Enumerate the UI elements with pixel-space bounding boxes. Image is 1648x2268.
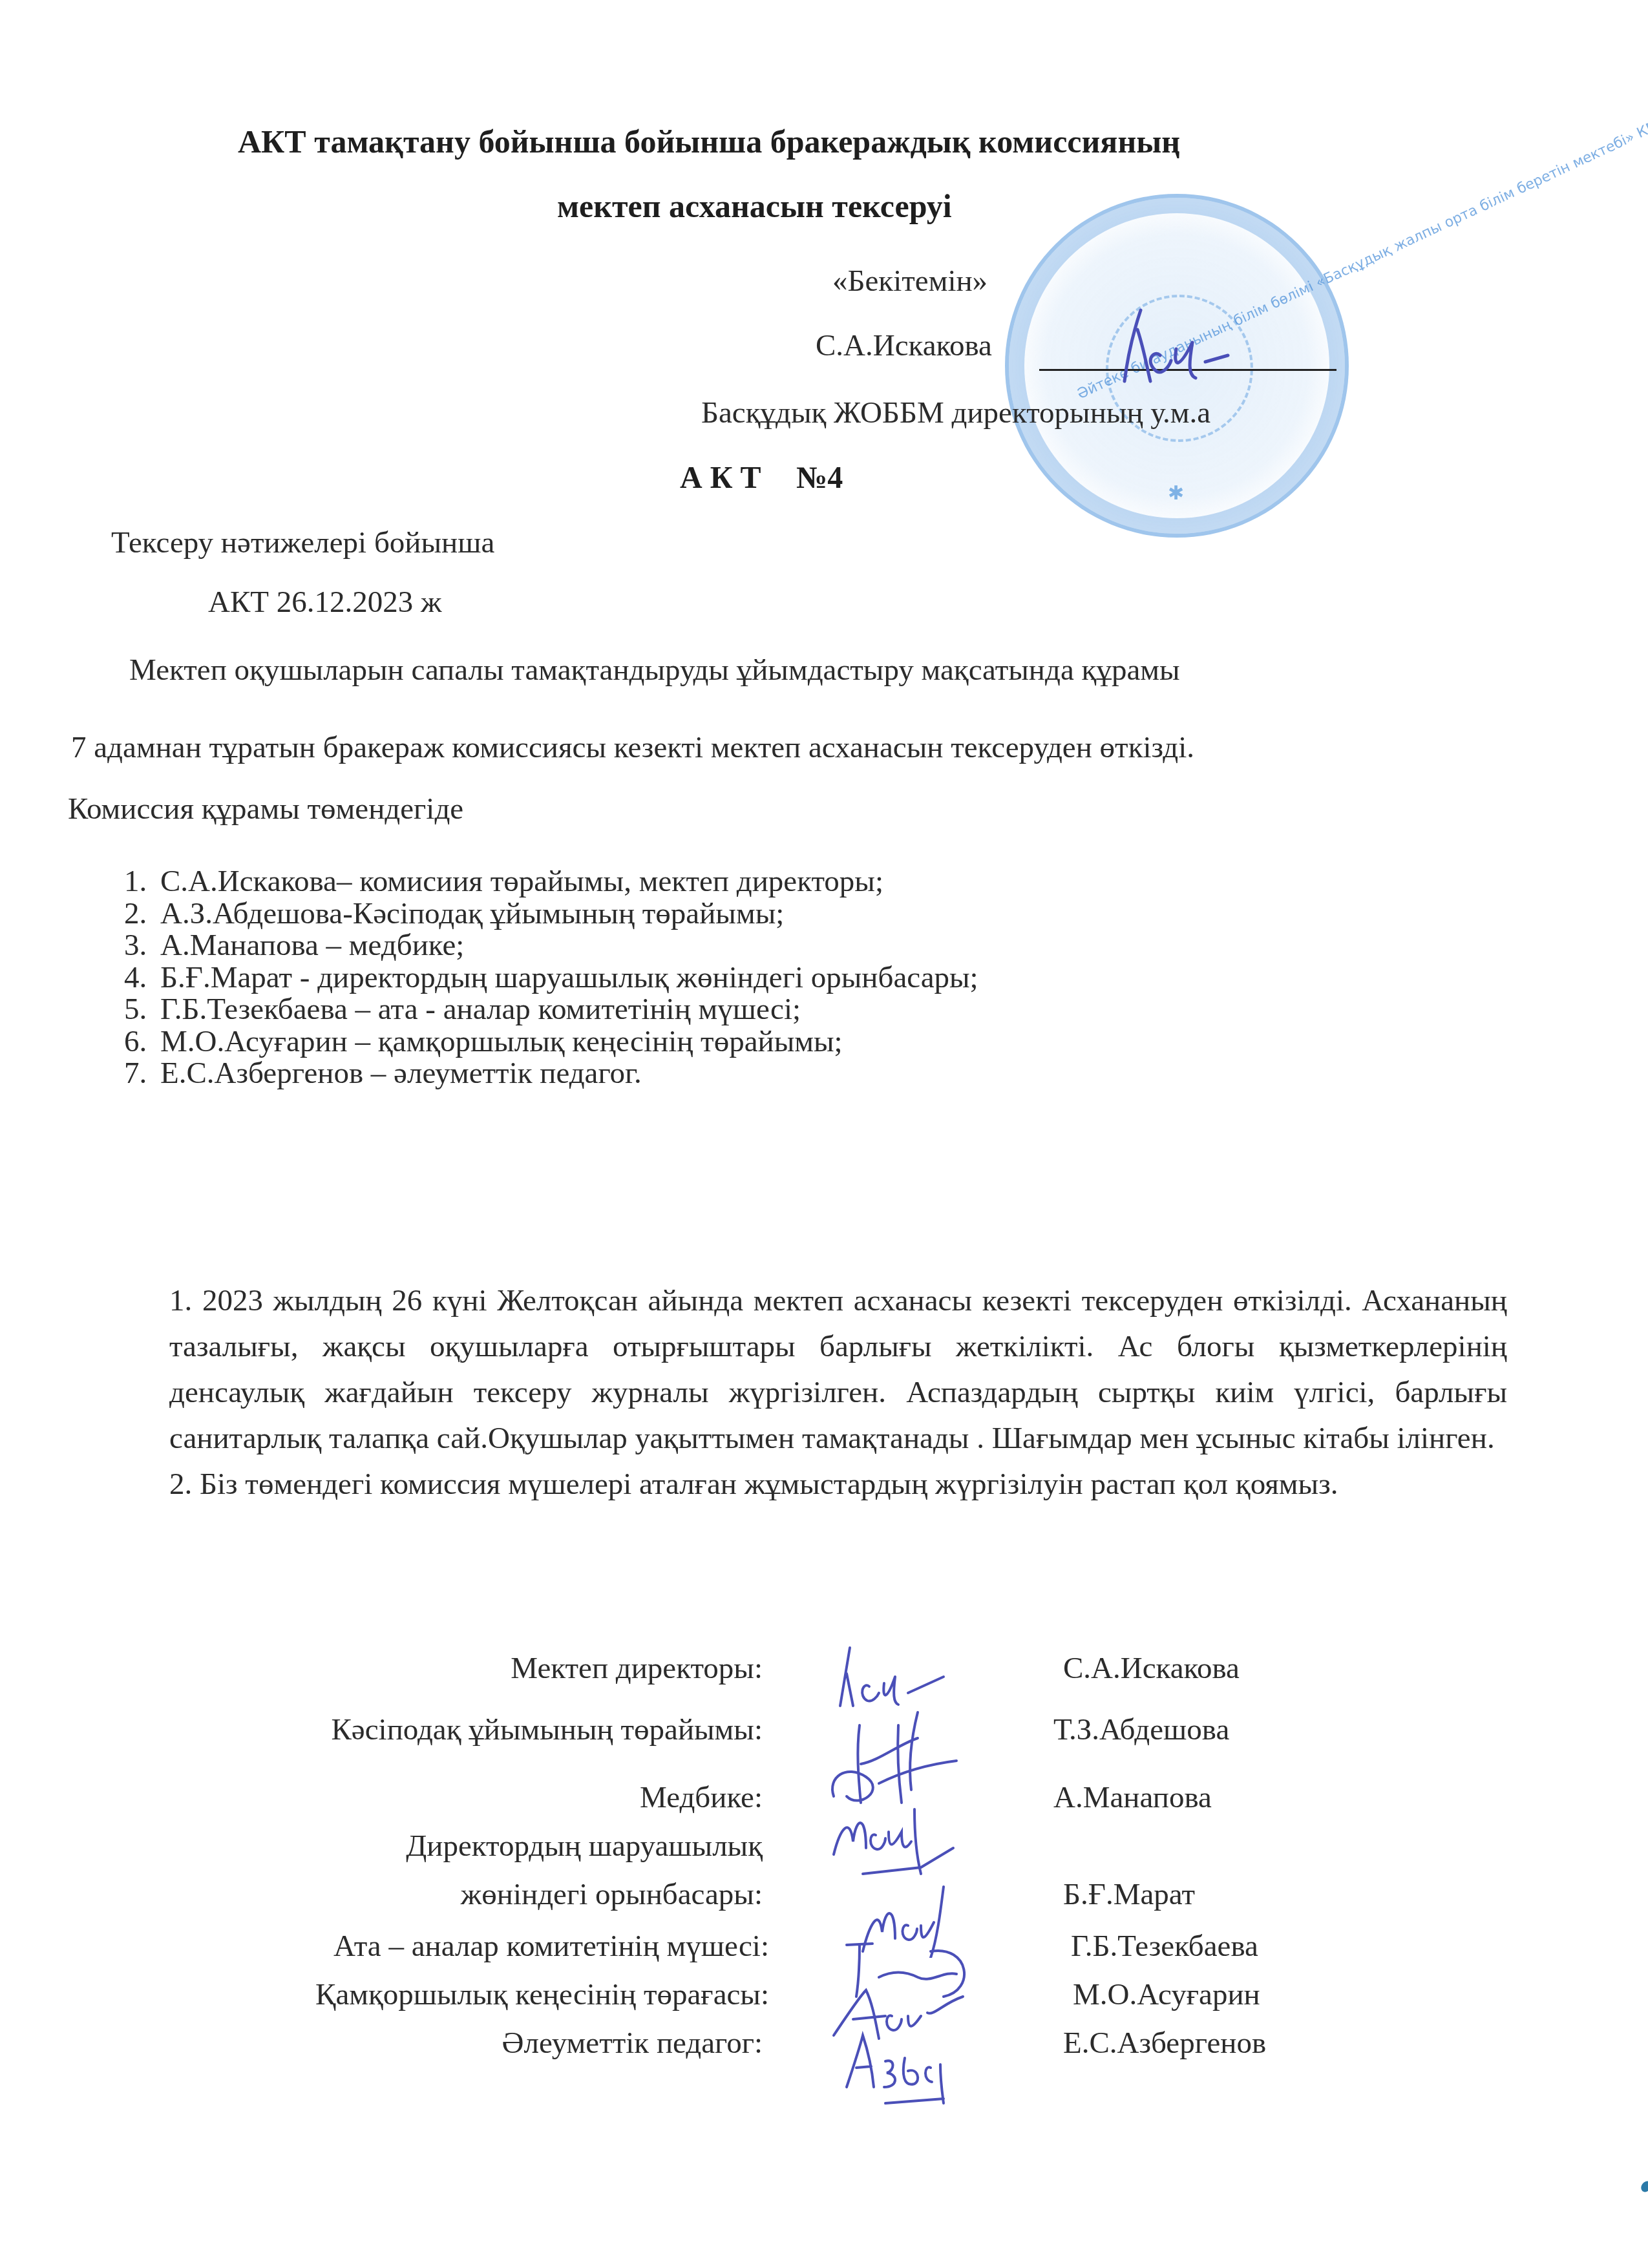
signature-role: Қамқоршылық кеңесінің төрағасы: bbox=[0, 1977, 769, 2012]
member-text: А.Манапова – медбике; bbox=[160, 929, 464, 962]
signature-name: Б.Ғ.Марат bbox=[1063, 1877, 1195, 1912]
scan-mark-icon bbox=[1639, 2179, 1648, 2194]
signature-role: Мектеп директоры: bbox=[0, 1651, 763, 1686]
signature-name: М.О.Асуғарин bbox=[1073, 1977, 1260, 2012]
signature-role: жөніндегі орынбасары: bbox=[0, 1877, 763, 1912]
signature-manapova-icon bbox=[824, 1790, 966, 1880]
act-number: №4 bbox=[796, 460, 843, 496]
list-number: 2. bbox=[124, 898, 160, 930]
list-number: 6. bbox=[124, 1026, 160, 1058]
document-title-line2: мектеп асханасын тексеруі bbox=[557, 187, 952, 225]
list-item: 3.А.Манапова – медбике; bbox=[124, 930, 978, 962]
list-number: 3. bbox=[124, 930, 160, 962]
findings-paragraph-1: 1. 2023 жылдың 26 күні Желтоқсан айында … bbox=[169, 1278, 1507, 1462]
approval-name: С.А.Искакова bbox=[816, 328, 992, 363]
signature-name: А.Манапова bbox=[1053, 1780, 1212, 1815]
signature-role: Кәсіподақ ұйымының төрайымы: bbox=[0, 1712, 763, 1747]
signature-name: Е.С.Азбергенов bbox=[1063, 2026, 1266, 2061]
list-item: 7.Е.С.Азбергенов – әлеуметтік педагог. bbox=[124, 1058, 978, 1090]
list-item: 2.А.З.Абдешова-Кәсіподақ ұйымының төрайы… bbox=[124, 898, 978, 930]
member-text: Б.Ғ.Марат - директордың шаруашылық жөнін… bbox=[160, 961, 978, 994]
list-number: 1. bbox=[124, 866, 160, 898]
act-subtitle: Тексеру нәтижелері бойынша bbox=[111, 525, 494, 560]
member-text: А.З.Абдешова-Кәсіподақ ұйымының төрайымы… bbox=[160, 897, 784, 930]
commission-members-list: 1.С.А.Искакова– комисиия төрайымы, мекте… bbox=[124, 866, 978, 1090]
signature-name: Г.Б.Тезекбаева bbox=[1071, 1929, 1258, 1964]
list-item: 5.Г.Б.Тезекбаева – ата - аналар комитеті… bbox=[124, 994, 978, 1026]
document-title-line1: АКТ тамақтану бойынша бойынша бракеражды… bbox=[238, 123, 1180, 160]
act-heading: А К Т bbox=[680, 460, 761, 496]
signature-role: Әлеуметтік педагог: bbox=[0, 2026, 763, 2061]
signature-name: С.А.Искакова bbox=[1063, 1651, 1240, 1686]
member-text: Е.С.Азбергенов – әлеуметтік педагог. bbox=[160, 1056, 642, 1090]
findings-section: 1. 2023 жылдың 26 күні Желтоқсан айында … bbox=[169, 1278, 1507, 1507]
list-number: 5. bbox=[124, 994, 160, 1026]
signature-azbergenov-icon bbox=[834, 2022, 976, 2106]
signature-role-line1: Директордың шаруашылық bbox=[0, 1829, 763, 1864]
list-number: 4. bbox=[124, 962, 160, 994]
member-text: С.А.Искакова– комисиия төрайымы, мектеп … bbox=[160, 865, 883, 898]
list-item: 6.М.О.Асуғарин – қамқоршылық кеңесінің т… bbox=[124, 1026, 978, 1058]
approval-label: «Бекітемін» bbox=[832, 264, 988, 299]
member-text: Г.Б.Тезекбаева – ата - аналар комитетіні… bbox=[160, 992, 801, 1026]
list-item: 1.С.А.Искакова– комисиия төрайымы, мекте… bbox=[124, 866, 978, 898]
intro-line3: Комиссия құрамы төмендегіде bbox=[68, 792, 463, 826]
list-item: 4.Б.Ғ.Марат - директордың шаруашылық жөн… bbox=[124, 962, 978, 994]
stamp-star-icon: ✱ bbox=[1168, 482, 1184, 505]
signature-name: Т.З.Абдешова bbox=[1053, 1712, 1229, 1747]
signature-role: Медбике: bbox=[0, 1780, 763, 1815]
list-number: 7. bbox=[124, 1058, 160, 1090]
act-date: АКТ 26.12.2023 ж bbox=[208, 585, 441, 620]
director-signature-icon bbox=[1099, 304, 1241, 388]
intro-line2: 7 адамнан тұратын бракераж комиссиясы ке… bbox=[71, 730, 1194, 765]
findings-paragraph-2: 2. Біз төмендегі комиссия мүшелері аталғ… bbox=[169, 1462, 1507, 1507]
approval-position: Басқұдық ЖОББМ директорының у.м.а bbox=[701, 395, 1210, 430]
intro-line1: Мектеп оқушыларын сапалы тамақтандыруды … bbox=[129, 653, 1180, 688]
signature-role: Ата – аналар комитетінің мүшесі: bbox=[0, 1929, 769, 1964]
member-text: М.О.Асуғарин – қамқоршылық кеңесінің төр… bbox=[160, 1025, 843, 1058]
